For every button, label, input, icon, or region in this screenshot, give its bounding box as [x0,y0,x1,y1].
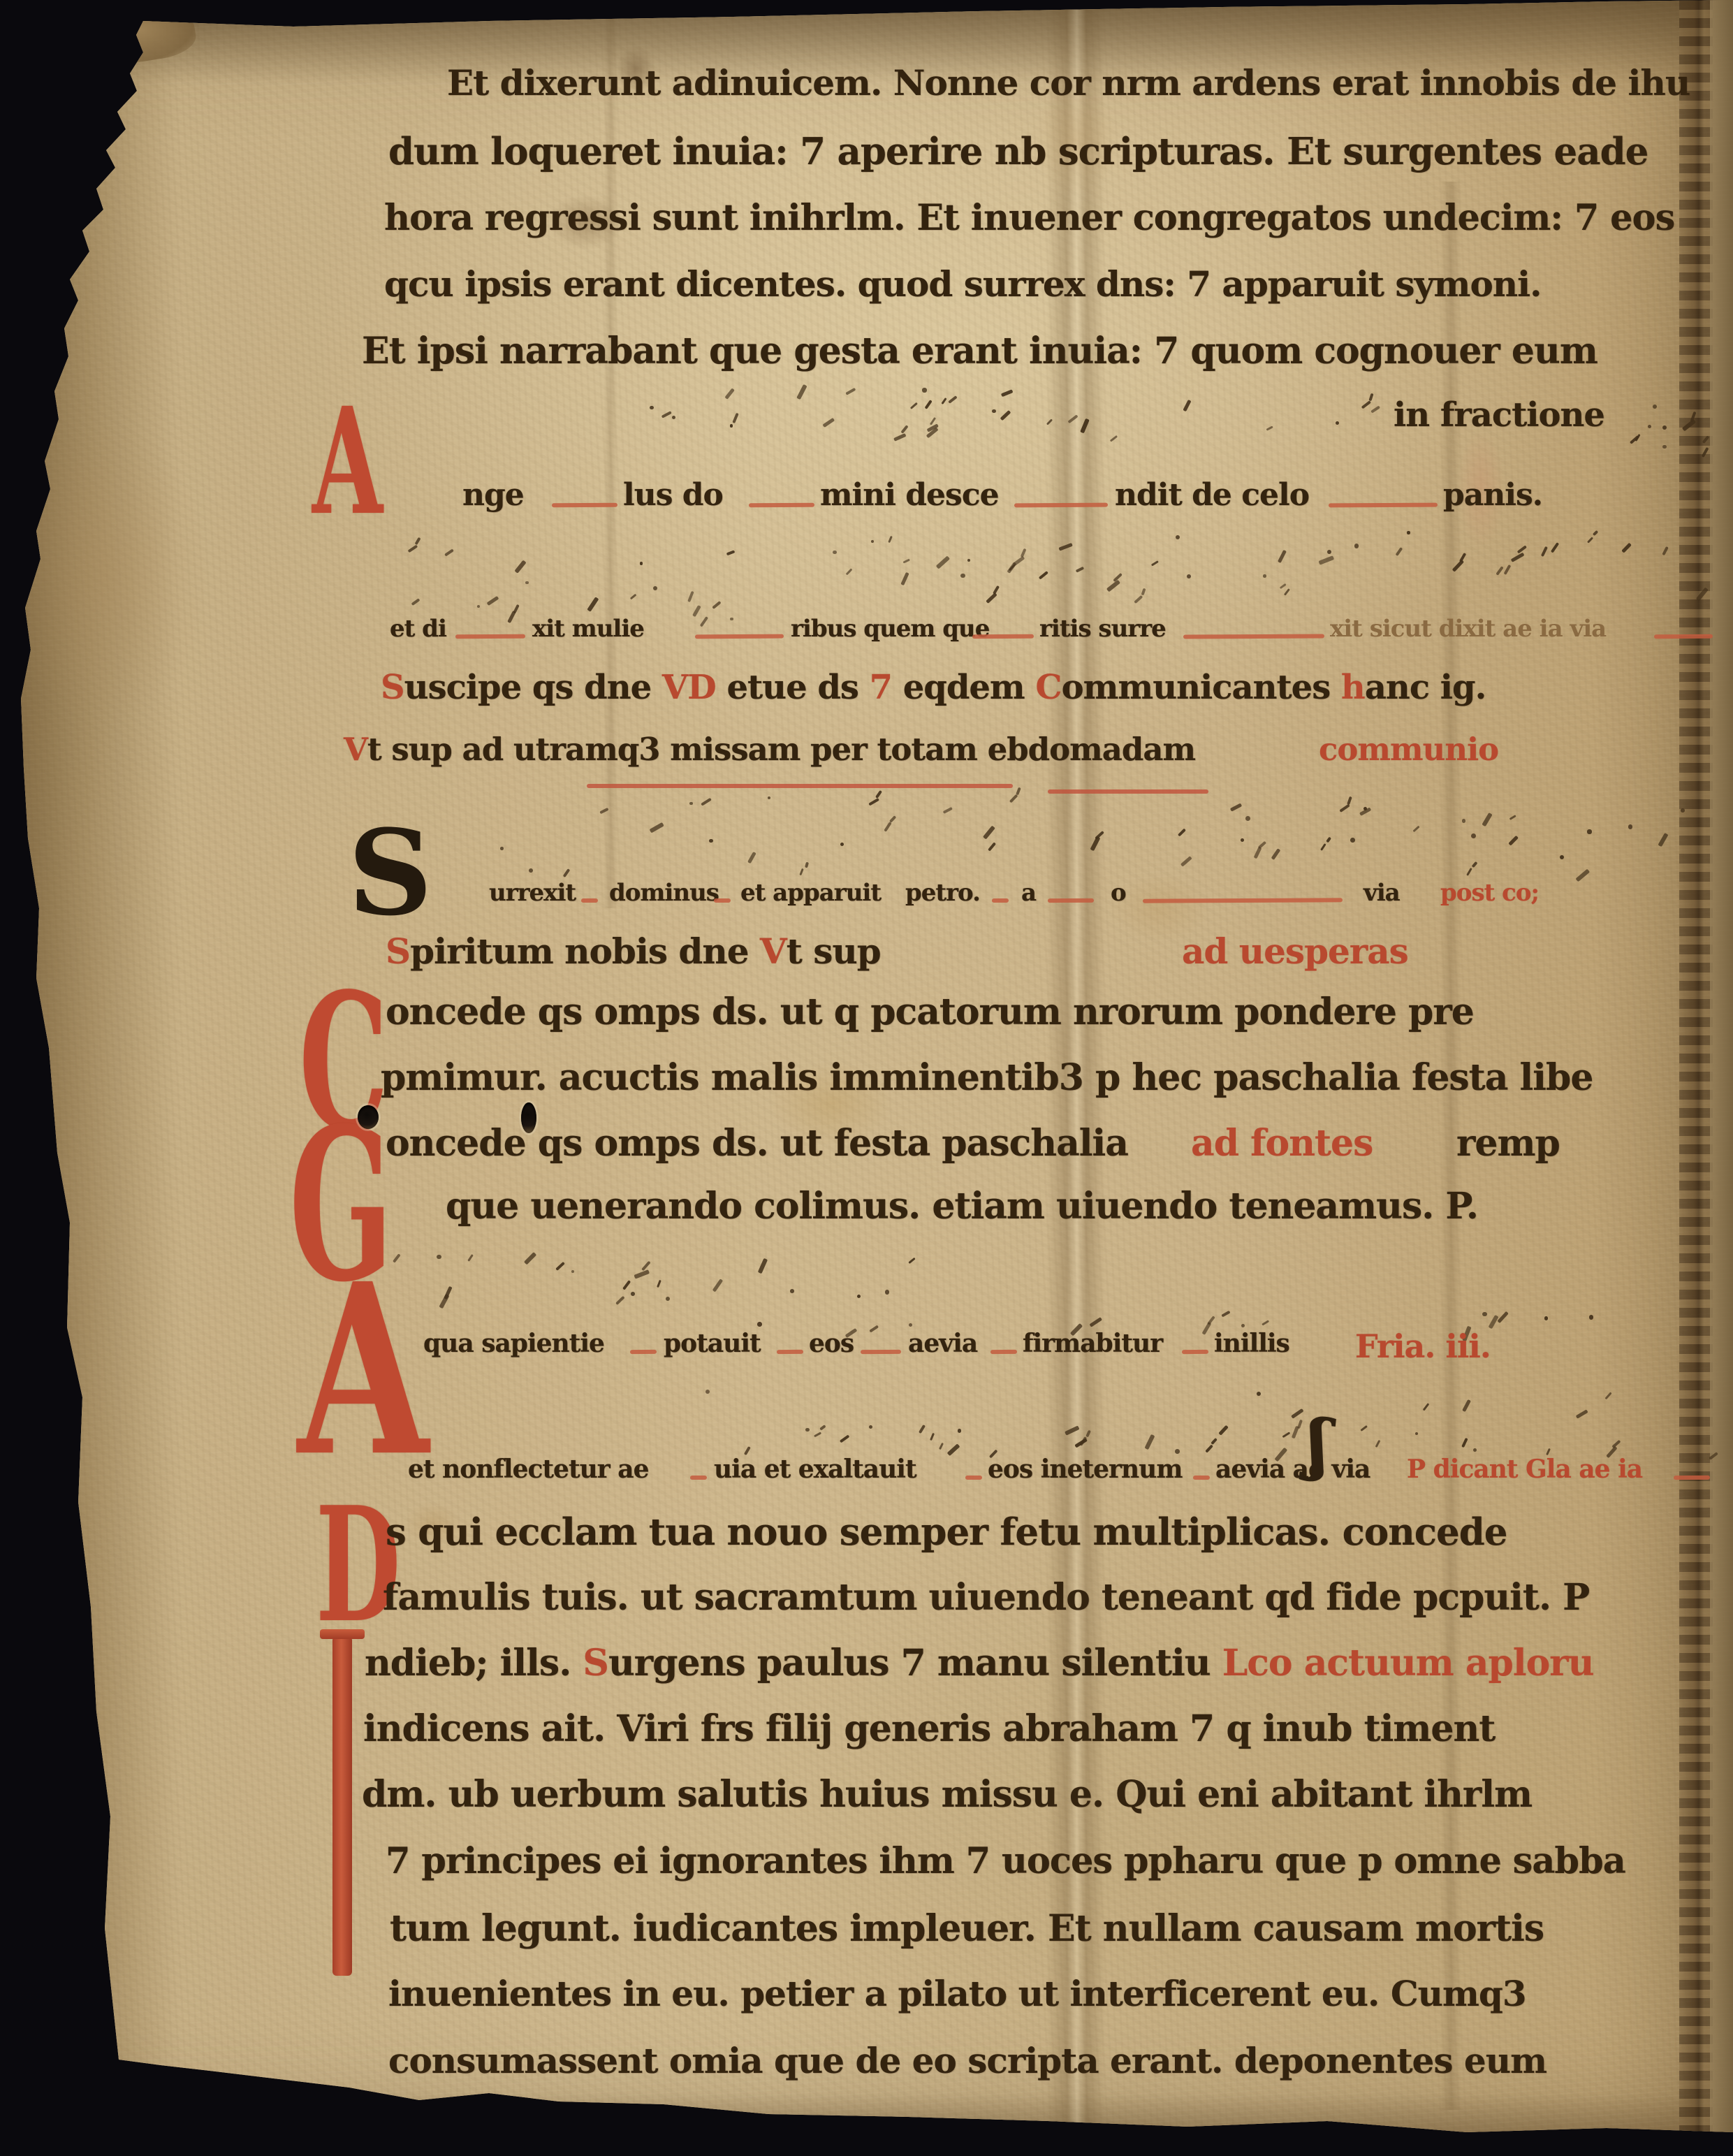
lesson-line-7: consumassent omia que de eo scripta eran… [0,2044,1733,2078]
rubric-segment: Fria. iii. [1355,1332,1491,1362]
text-flow: qcu ipsis erant dicentes. quod surrex dn… [384,268,1542,301]
text-segment: remp [1456,1126,1560,1160]
neume-stroke [744,1446,750,1455]
neume-dot [757,1322,762,1327]
chant-filler-line [749,502,814,507]
neume-stroke [1466,868,1472,876]
rubric-segment: h [1341,668,1365,707]
neume-dot [909,1323,912,1327]
neume-stroke [1423,1403,1430,1411]
text-segment: lus do [623,481,723,510]
neume-dot [857,1295,861,1298]
neume-stroke [1319,556,1334,565]
rubric-spiritum: Spiritum nobis dne Vt supad uesperas [0,935,1733,968]
neume-stroke [1509,815,1516,820]
neume-stroke [587,597,599,611]
text-flow: famulis tuis. ut sacramtum uiuendo tenea… [383,1580,1589,1615]
chant-filler-line [630,1350,657,1354]
neume-dot [1407,531,1410,534]
chant-filler-line [1143,898,1343,903]
text-flow: Et ipsi narrabant que gesta erant inuia:… [362,334,1597,368]
rubric-segment: S [583,1642,608,1684]
neume-stroke [1339,803,1350,813]
neume-dot [805,1428,809,1432]
neume-stroke [1375,1440,1380,1448]
text-segment: ndit de celo [1115,481,1309,510]
neume-dot [666,1297,670,1301]
neume-stroke [1271,848,1280,860]
neume-dot [1473,1448,1477,1452]
neume-stroke [1178,828,1186,836]
text-segment: o [1111,882,1126,904]
rubric-segment: V [344,731,367,768]
rubric-segment: post co; [1440,882,1539,904]
chant-filler-line [990,1350,1017,1354]
neume-stroke [1291,1408,1303,1419]
neume-stroke [726,550,736,555]
rubric-segment: Lco actuum aploru [1222,1642,1594,1684]
neume-stroke [1258,841,1266,849]
neume-dot [1589,1315,1593,1319]
text-segment: qcu ipsis erant dicentes. quod surrex dn… [384,263,1542,305]
neume-dot [922,388,926,392]
neume-stroke [930,1433,935,1441]
neume-stroke [514,560,526,574]
neume-dot [1263,574,1266,578]
neume-dot [1471,833,1476,838]
neume-stroke [1074,1438,1088,1449]
neume-stroke [1013,556,1025,567]
neume-stroke [1207,1316,1215,1325]
neume-dot [1560,855,1564,859]
neume-dot [653,586,657,590]
neume-dot [1245,816,1250,821]
neume-stroke [629,594,636,600]
text-segment: hora regressi sunt inihrlm. Et inuener c… [384,197,1674,239]
manuscript-photo: { "colors":{"background":"#0a090d","parc… [0,0,1733,2156]
neume-stroke [1039,571,1048,579]
neume-dot [640,562,643,565]
neume-dot [1662,445,1666,449]
chant-filler-line [861,1350,901,1354]
neume-stroke [799,868,804,876]
text-segment: tum legunt. iudicantes impleuer. Et null… [390,1907,1544,1950]
neume-stroke [415,537,421,546]
neume-dot [869,1425,872,1429]
text-segment: anc ig. [1365,668,1486,707]
neume-stroke [1461,1438,1468,1448]
neume-dot [631,1292,635,1296]
neume-stroke [1551,542,1560,553]
neume-stroke [700,616,708,627]
chant-filler-line [1654,634,1713,639]
text-flow: hora regressi sunt inihrlm. Et inuener c… [384,201,1674,235]
text-segment: dm. ub uerbum salutis huius missu e. Qui… [362,1773,1532,1816]
neume-stroke [1230,803,1242,812]
bottom-edge-shadow [0,2093,1733,2156]
neume-stroke [622,1280,631,1290]
text-segment: uscipe qs dne [404,668,662,707]
chant-filler-line [581,898,598,903]
neume-stroke [1504,565,1512,575]
neume-stroke [1090,1317,1103,1327]
text-segment: ommunicantes [1062,668,1341,707]
neume-stroke [983,825,995,839]
neume-stroke [487,596,499,606]
neume-stroke [1001,389,1014,397]
rubric-segment: ad fontes [1191,1126,1373,1160]
collect-concede-1a: oncede qs omps ds. ut q pcatorum nrorum … [0,995,1733,1029]
rubric-ut-supra: Vt sup ad utramq3 missam per totam ebdom… [0,735,1733,765]
neume-stroke [724,388,735,400]
neume-stroke [893,433,906,442]
rubric-segment: C [1035,668,1061,707]
neume-stroke [845,569,852,576]
chant-filler-line [1674,1476,1710,1480]
neume-dot [689,802,692,805]
parchment-hole [521,1102,536,1133]
text-segment: in fractione [1394,395,1604,435]
neume-dot [1175,1449,1180,1454]
text-segment: urrexit [489,882,576,904]
neume-stroke [1621,542,1632,553]
lesson-line-5: tum legunt. iudicantes impleuer. Et null… [0,1911,1733,1946]
neume-stroke [1592,530,1598,537]
text-segment: t sup ad utramq3 missam per totam ebdoma… [367,731,1195,768]
neume-stroke [1144,1434,1155,1450]
gospel-line-1: Et dixerunt adinuicem. Nonne cor nrm ard… [0,66,1733,100]
text-segment: inuenientes in eu. petier a pilato ut in… [388,1973,1526,2014]
neume-dot [958,1429,962,1433]
neume-stroke [408,545,418,553]
text-flow: s qui ecclam tua nouo semper fetu multip… [386,1515,1507,1550]
neume-dot [571,1270,574,1273]
neume-stroke [888,535,893,542]
text-segment: panis. [1443,481,1542,510]
neume-stroke [1471,861,1477,868]
neume-dot [1350,838,1355,843]
text-segment: pmimur. acuctis malis imminentib3 p hec … [381,1056,1593,1099]
neume-stroke [1508,836,1519,846]
neume-stroke [1134,595,1143,604]
neume-stroke [909,1258,916,1264]
neume-stroke [758,1258,768,1274]
text-flow: tum legunt. iudicantes impleuer. Et null… [390,1911,1544,1946]
neume-stroke [1221,1310,1230,1317]
text-segment: xit sicut dixit ae ia via [1330,618,1606,640]
lesson-line-1: ndieb; ills. Surgens paulus 7 manu silen… [0,1646,1733,1680]
collect-deus-qui-b: famulis tuis. ut sacramtum uiuendo tenea… [0,1580,1733,1615]
neume-stroke [555,1262,565,1271]
neume-dot [960,574,965,578]
neume-dot [1187,574,1192,579]
rubric-segment: ad uesperas [1182,935,1408,968]
text-segment: famulis tuis. ut sacramtum uiuendo tenea… [383,1576,1589,1619]
neume-stroke [1282,1432,1291,1438]
text-flow: in fractione [1394,400,1604,432]
neume-dot [709,839,712,843]
text-flow: oncede qs omps ds. ut festa paschalia [386,1126,1128,1160]
text-segment: piritum nobis dne [410,931,760,972]
neume-stroke [884,822,892,832]
neume-stroke [869,1325,879,1332]
neume-stroke [634,1269,650,1279]
neume-stroke [1141,588,1146,596]
neume-stroke [1575,1409,1588,1419]
neume-dot [833,551,837,555]
neume-stroke [650,822,665,833]
chant-filler-line [965,1476,982,1480]
neume-stroke [599,808,608,814]
rubric-suscipe: Suscipe qs dne VD etue ds 7 eqdem Commun… [0,672,1733,704]
rubric-underline [587,784,1013,788]
text-segment: ritis surre [1039,618,1166,640]
rubric-segment: 7 [870,668,903,707]
chant-filler-line [1182,1350,1208,1354]
collect-concede-1b: pmimur. acuctis malis imminentib3 p hec … [0,1061,1733,1095]
neume-stroke [712,601,722,609]
neume-stroke [747,852,756,864]
text-segment: et nonflectetur ae [408,1457,648,1481]
neume-stroke [988,843,996,852]
manuscript-page: ASCGADEt dixerunt adinuicem. Nonne cor n… [0,0,1733,2156]
neume-stroke [1462,1399,1471,1412]
neume-stroke [1452,560,1464,572]
text-flow: dm. ub uerbum salutis huius missu e. Qui… [362,1777,1532,1812]
collect-concede-2b: que uenerando colimus. etiam uiuendo ten… [0,1189,1733,1223]
neume-stroke [513,604,520,614]
neume-stroke [1347,796,1352,805]
neume-dot [1176,535,1180,539]
neume-stroke [1280,583,1287,590]
neume-stroke [1510,552,1524,562]
rubric-underline [1048,789,1208,794]
neume-stroke [1205,1444,1213,1452]
neume-stroke [1151,560,1159,566]
neume-stroke [701,797,712,806]
neume-stroke [1575,868,1589,881]
text-segment: mini desce [820,481,999,510]
text-segment: Et dixerunt adinuicem. Nonne cor nrm ard… [447,62,1690,103]
neume-stroke [1016,787,1021,796]
text-flow: que uenerando colimus. etiam uiuendo ten… [446,1189,1478,1223]
neume-dot [840,843,844,846]
neume-stroke [1180,856,1192,866]
neume-dot [1462,819,1466,823]
neume-stroke [936,555,950,569]
gospel-line-2: dum loqueret inuia: 7 aperire nb scriptu… [0,134,1733,169]
neume-stroke [943,807,953,814]
neume-stroke [524,1251,536,1264]
neume-stroke [1658,833,1668,847]
neume-stroke [1262,1320,1269,1326]
neume-stroke [1630,435,1639,444]
rubric-segment: V [760,931,787,972]
neume-dot [525,581,528,584]
text-segment: uia et exaltauit [714,1457,916,1481]
text-segment: consumassent omia que de eo scripta eran… [388,2040,1546,2081]
text-segment: qua sapientie [423,1332,604,1355]
neume-dot [437,1255,441,1260]
neume-dot [1482,1312,1486,1316]
neume-dot [967,559,970,562]
neume-dot [1327,550,1331,554]
neume-stroke [1360,1425,1368,1432]
neume-stroke [1320,843,1326,851]
rubric-segment: VD [662,668,727,707]
neume-stroke [615,1296,624,1305]
neume-stroke [939,1443,944,1450]
neume-stroke [562,868,569,877]
neume-dot [705,1390,710,1394]
text-segment: que uenerando colimus. etiam uiuendo ten… [446,1185,1478,1228]
text-segment: ribus quem que [791,618,989,640]
text-segment: dominus [609,882,719,904]
text-segment: aevia ae via [1215,1457,1370,1481]
chant-filler-line [695,634,784,639]
neume-dot [885,1290,889,1294]
neume-stroke [692,605,701,617]
text-segment: s qui ecclam tua nouo semper fetu multip… [386,1510,1507,1554]
neume-stroke [805,862,809,868]
text-flow: Et dixerunt adinuicem. Nonne cor nrm ard… [447,66,1690,100]
neume-dot [1681,808,1685,813]
text-segment: firmabitur [1023,1332,1162,1355]
text-flow: Vt sup ad utramq3 missam per totam ebdom… [344,735,1195,765]
text-segment: et apparuit [740,882,881,904]
neume-stroke [1284,588,1290,595]
neume-dot [1241,838,1244,842]
text-segment: petro. [905,882,980,904]
neume-stroke [657,1279,661,1287]
chant-filler-line [1193,1476,1210,1480]
text-segment: urgens paulus 7 manu silentiu [608,1642,1222,1684]
neume-stroke [814,1432,821,1437]
neume-stroke [1541,546,1548,557]
text-segment: t sup [787,931,881,972]
neume-stroke [1396,547,1403,556]
neume-stroke [1090,836,1099,851]
neume-stroke [946,1443,960,1456]
neume-dot [1241,1324,1245,1327]
neume-stroke [1482,813,1492,826]
chant-filler-line [1183,634,1324,639]
chant-filler-line [1048,898,1094,903]
text-flow: Spiritum nobis dne Vt sup [386,935,881,968]
neume-dot [768,796,770,799]
neume-stroke [845,388,856,395]
neume-stroke [1075,567,1083,573]
neume-stroke [444,548,454,556]
neume-dot [1257,1392,1261,1396]
gospel-line-5: Et ipsi narrabant que gesta erant inuia:… [0,334,1733,368]
parchment-hole [358,1105,379,1129]
gospel-line-4: qcu ipsis erant dicentes. quod surrex dn… [0,268,1733,301]
text-flow: oncede qs omps ds. ut q pcatorum nrorum … [386,995,1474,1029]
chant-filler-line [972,634,1034,639]
chant-filler-line [1014,502,1108,507]
neume-dot [1415,1432,1418,1435]
chant-filler-line [992,898,1009,903]
neume-stroke [1278,550,1287,563]
text-segment: Et ipsi narrabant que gesta erant inuia:… [362,330,1597,372]
neume-stroke [712,1279,724,1292]
gospel-line-3: hora regressi sunt inihrlm. Et inuener c… [0,201,1733,235]
text-segment: et di [390,618,446,640]
text-segment: xit mulie [532,618,644,640]
text-segment: eqdem [903,668,1036,707]
neume-dot [790,1289,794,1293]
neume-stroke [1218,1425,1228,1436]
text-flow: ndieb; ills. Surgens paulus 7 manu silen… [365,1646,1594,1680]
neume-stroke [796,384,807,400]
text-segment: etue ds [726,668,869,707]
text-segment: aevia [908,1332,977,1355]
neume-stroke [688,591,695,602]
neume-stroke [868,798,879,806]
neume-stroke [467,1254,474,1262]
text-flow: pmimur. acuctis malis imminentib3 p hec … [381,1061,1593,1095]
text-flow: dum loqueret inuia: 7 aperire nb scriptu… [388,134,1648,169]
text-segment: oncede qs omps ds. ut q pcatorum nrorum … [386,991,1474,1033]
neume-stroke [411,599,420,606]
text-segment: potauit [664,1332,761,1355]
rubric-segment: P dicant Gla ae ia [1407,1457,1642,1481]
initial-surrexit: S [348,829,432,917]
neume-stroke [1496,566,1504,576]
neume-dot [500,847,504,850]
neume-stroke [1058,543,1073,551]
text-flow: Suscipe qs dne VD etue ds 7 eqdem Commun… [381,672,1486,704]
neume-stroke [1587,537,1593,543]
neume-stroke [1211,1438,1218,1445]
chant-filler-line [552,502,617,507]
neume-stroke [889,815,897,823]
neume-stroke [1325,836,1331,843]
text-segment: ndieb; ills. [365,1642,583,1684]
chant-filler-line [777,1350,803,1354]
neume-stroke [1412,826,1419,833]
text-segment: inillis [1214,1332,1289,1355]
neume-stroke [1085,1430,1091,1438]
collect-deus-qui-a: s qui ecclam tua nouo semper fetu multip… [0,1515,1733,1550]
initial-aqua: A [298,1283,429,1459]
text-segment: indicens ait. Viri frs filij generis abr… [363,1707,1495,1750]
neume-stroke [900,572,909,585]
photo-backdrop: ASCGADEt dixerunt adinuicem. Nonne cor n… [0,0,1733,2156]
neume-stroke [840,1434,850,1443]
rubric-segment: communio [1319,735,1498,765]
chant-filler-line [1329,502,1438,507]
chant-filler-line [690,1476,707,1480]
initial-in-diebus-serif [320,1629,365,1639]
lesson-line-2: indicens ait. Viri frs filij generis abr… [0,1712,1733,1746]
neume-stroke [1254,847,1262,859]
lesson-line-4: 7 principes ei ignorantes ihm 7 uoces pp… [0,1844,1733,1878]
neume-dot [477,605,481,609]
text-segment: a [1021,882,1036,904]
collect-concede-2a: oncede qs omps ds. ut festa paschaliaad … [0,1126,1733,1160]
neume-stroke [820,1425,826,1430]
neume-dot [1354,544,1359,548]
neume-dot [1544,1316,1549,1320]
neume-dot [529,868,533,873]
text-segment: dum loqueret inuia: 7 aperire nb scriptu… [388,130,1648,173]
neume-stroke [1605,1392,1613,1399]
lesson-line-3: dm. ub uerbum salutis huius missu e. Qui… [0,1777,1733,1812]
neume-stroke [1106,580,1120,592]
neume-stroke [1009,794,1018,803]
